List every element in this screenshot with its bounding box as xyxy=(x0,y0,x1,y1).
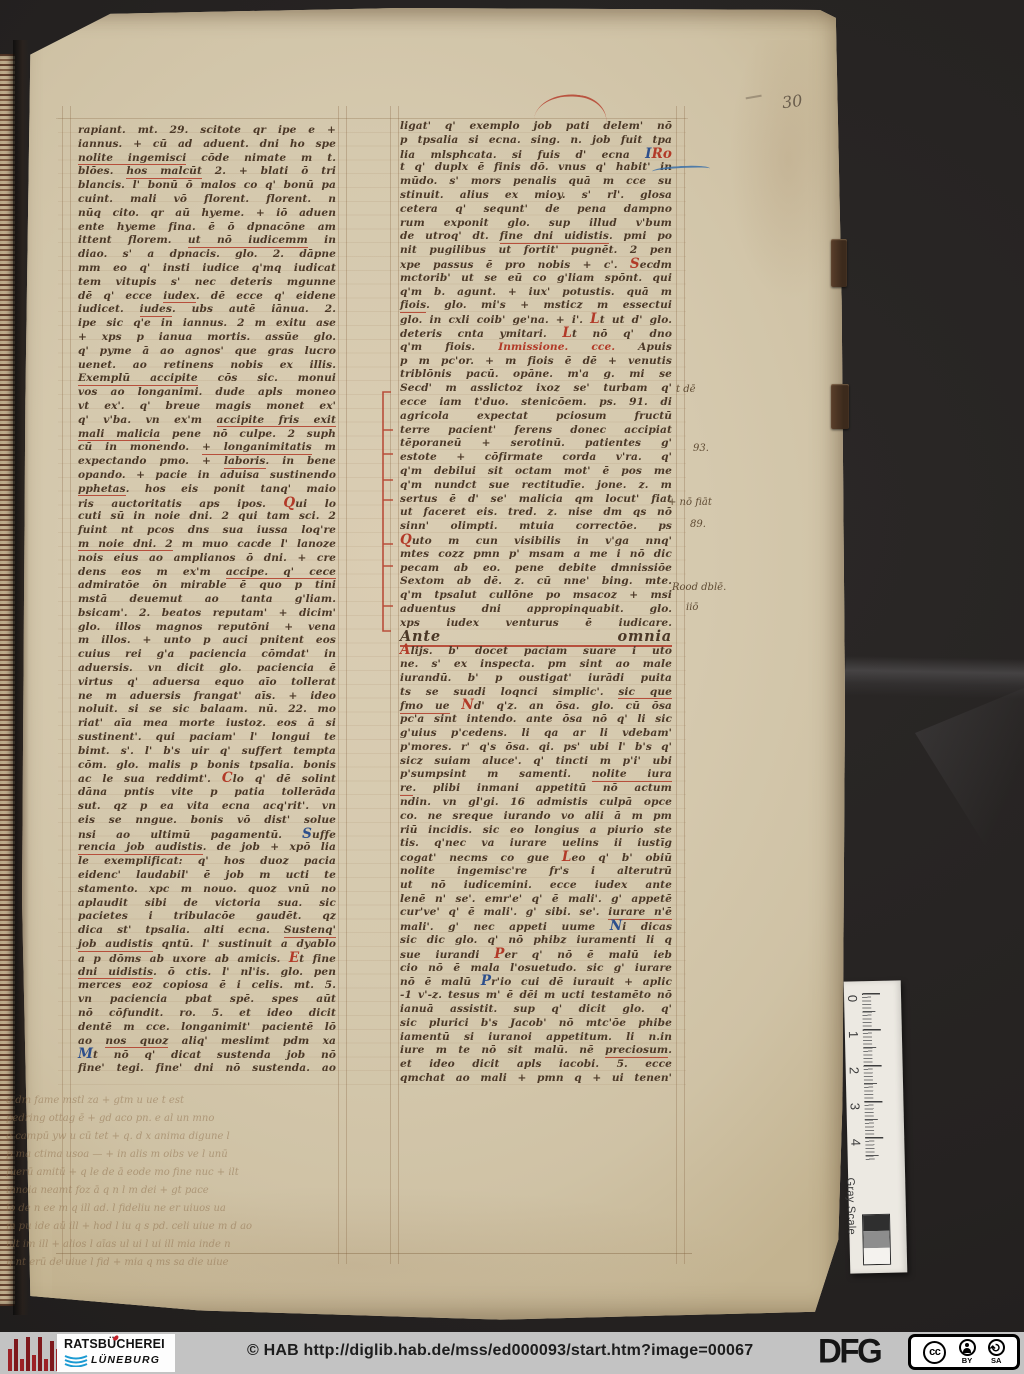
manuscript-line: sic plurici b's Jacob' nō mtc'ōe phibe xyxy=(400,1017,672,1031)
right-column: ligat' q' exemplo job pati delem' nōp tp… xyxy=(400,120,672,1086)
logo-bar xyxy=(32,1355,36,1371)
manuscript-line: lia mlsphcata. si fuis d' ecna IRo xyxy=(400,148,672,162)
attribution-icon xyxy=(959,1339,976,1356)
book-clasp xyxy=(831,239,847,287)
manuscript-line: fiois. glo. mi's + msticz m essectui xyxy=(400,299,672,313)
manuscript-line: aduersis. vn dicit glo. paciencia ē xyxy=(78,662,336,676)
bottom-notes: o dm fame mstl za + gtm u ue t estpedrin… xyxy=(6,1092,818,1272)
manuscript-line: mali'. g' nec appeti uume Ni dicas xyxy=(400,920,672,934)
logo-bar xyxy=(20,1359,24,1371)
logo-bar xyxy=(8,1349,12,1371)
manuscript-line: ac le sua reddimt'. Clo q' dē solint xyxy=(78,772,336,786)
marginal-note: iiō xyxy=(686,602,698,613)
sa-label: SA xyxy=(991,1357,1001,1365)
manuscript-line: pphetas. hos eis ponit tanq' maio xyxy=(78,483,336,497)
manuscript-line: lenē n' se'. emr'e' q' ē mali'. g' appet… xyxy=(400,893,672,907)
patch-mid xyxy=(863,1231,889,1248)
manuscript-line: mtes cozz pmn p' msam a me i nō dic xyxy=(400,548,672,562)
manuscript-line: p tpsalia si ecna. sing. n. job fuit tpa xyxy=(400,134,672,148)
manuscript-line: nois eius ao amplianos ō dni. + cre xyxy=(78,552,336,566)
manuscript-line: stamento. xpc m nouo. quoz vnū no xyxy=(78,883,336,897)
red-margin-bracket xyxy=(379,388,403,638)
manuscript-line: m illos. + unto p auci pnitent eos xyxy=(78,634,336,648)
manuscript-line: cuint. mali vō florent. florent. n xyxy=(78,193,336,207)
manuscript-line: cur've' q' ē mali'. g' sibi. se'. iurare… xyxy=(400,906,672,920)
manuscript-line: cū in monendo. + longanimitatis m xyxy=(78,441,336,455)
manuscript-line: mstā deuemut ao tanta g'liam. xyxy=(78,593,336,607)
manuscript-line: fine' tegi. fine' dni nō sustenda. ao xyxy=(78,1062,336,1076)
manuscript-line: nolite ingemisci cōde nimate m t. xyxy=(78,152,336,166)
ruler-ticks-long xyxy=(862,993,884,1161)
marginal-note: 89. xyxy=(690,519,706,530)
marginal-note: t dē xyxy=(676,384,696,395)
dfg-logo: DFG xyxy=(818,1331,880,1371)
manuscript-line: ris auctoritatis aps ipos. Qui lo xyxy=(78,497,336,511)
ruler-number: 2 xyxy=(848,1063,862,1077)
manuscript-line: dni uidistis. ō ctis. l' nl'is. glo. pen xyxy=(78,966,336,980)
patch-light xyxy=(864,1247,890,1264)
copyright-url-text: © HAB http://diglib.hab.de/mss/ed000093/… xyxy=(247,1342,753,1360)
library-bars-icon xyxy=(8,1335,60,1371)
manuscript-line: re. plibi inmani appetitū nō actum xyxy=(400,782,672,796)
manuscript-line: iure m te nō sit malū. nē preciosum. xyxy=(400,1044,672,1058)
manuscript-line: blancis. l' bonū ō malos co q' bonū pa xyxy=(78,179,336,193)
manuscript-line: ianuā assistit. sup q' dicit glo. q' xyxy=(400,1003,672,1017)
marginal-note: 93. xyxy=(693,443,709,454)
manuscript-line: le exemplificat: q' hos duoz pacia xyxy=(78,855,336,869)
manuscript-line: Mt nō q' dicat sustenda job nō xyxy=(78,1048,336,1062)
ruler-number: 3 xyxy=(848,1099,862,1113)
logo-bar xyxy=(50,1341,54,1371)
manuscript-line: pecam ab eo. pene debite dmnissiōe xyxy=(400,562,672,576)
ruler-numbers: 01234 xyxy=(844,980,901,981)
manuscript-line: nō cōfundit. ro. 5. et ideo dicit xyxy=(78,1007,336,1021)
manuscript-line: cio nō ē mala l'osuetudo. sic g' iurare xyxy=(400,962,672,976)
manuscript-line: xpe passus ē pro nobis + c'. Secdm xyxy=(400,258,672,272)
manuscript-line: mali malicia pene nō culpe. 2 suph xyxy=(78,428,336,442)
manuscript-line: q'm fiois. Inmissione. cce. Apuis xyxy=(400,341,672,355)
manuscript-line: Secd' m asslictoz ixoz se' turbam q' xyxy=(400,382,672,396)
manuscript-line: q'm debilui sit octam mot' ē pos me xyxy=(400,465,672,479)
manuscript-line: merces eoz copiosa ē i celis. mt. 5. xyxy=(78,979,336,993)
manuscript-line: iurandū. b' p oustigat' iurādi puita xyxy=(400,672,672,686)
faded-note-line: ult im ill + alios l aīas ul ui l ui ill… xyxy=(6,1236,818,1254)
faded-note-line: pedring ottag ē + gd aco pn. e al un mno xyxy=(6,1110,818,1128)
manuscript-line: pc'a sint intendo. ante ōsa nō q' li sic xyxy=(400,713,672,727)
scan-stage: 30 rapiant. mt. 29. scitote qr ipe e +ia… xyxy=(0,0,1024,1374)
manuscript-line: cetera q' sequnt' de pena dampno xyxy=(400,203,672,217)
manuscript-line: ao nos quoz aliq' meslimt pdm xa xyxy=(78,1035,336,1049)
manuscript-line: nolite ingemisc're fr's i alterutrū xyxy=(400,865,672,879)
glass-reflection xyxy=(915,688,1024,938)
manuscript-line: ipe sic q'e in iannus. 2 m exitu ase xyxy=(78,317,336,331)
manuscript-line: sertus ē d' se' malicia qm locut' fiat xyxy=(400,493,672,507)
manuscript-line: sic dic glo. q' nō phibz iuramenti li q xyxy=(400,934,672,948)
manuscript-line: g'uius p'cedens. li qa ar li vdebam' xyxy=(400,727,672,741)
manuscript-line: estote + cōfirmate corda v'ra. q' xyxy=(400,451,672,465)
by-label: BY xyxy=(962,1357,972,1365)
manuscript-line: m noie dni. 2 m muo cacde l' lanoze xyxy=(78,538,336,552)
manuscript-line: blōes. hos malcūt 2. + blati ō tri xyxy=(78,165,336,179)
manuscript-line: dentē m cce. longanimit' pacientē lō xyxy=(78,1021,336,1035)
manuscript-line: bsicam'. 2. beatos reputam' + dicim' xyxy=(78,607,336,621)
manuscript-line: -1 v'-z. tesus m' ē dēi m ucti testamēto… xyxy=(400,989,672,1003)
faded-note-line: fuerū amitū + q le de ā eode mo fine nuc… xyxy=(6,1164,818,1182)
manuscript-line: p'sumpsint m samenti. nolite iura xyxy=(400,768,672,782)
vertical-ruling xyxy=(398,106,399,1264)
manuscript-line: aplaudit sibi de victoria sua. sic xyxy=(78,897,336,911)
manuscript-line: cuti sū in noie dni. 2 qui tam sci. 2 xyxy=(78,510,336,524)
ruler-number: 4 xyxy=(849,1135,863,1149)
manuscript-line: mūdo. s' mors penalis quā m cce su xyxy=(400,175,672,189)
manuscript-line: rapiant. mt. 29. scitote qr ipe e + xyxy=(78,124,336,138)
vertical-ruling xyxy=(62,106,63,1264)
manuscript-line: Quto m cun visibilis in v'ga nnq' xyxy=(400,534,672,548)
faded-note-line: o dm fame mstl za + gtm u ue t est xyxy=(6,1092,818,1110)
manuscript-line: eidenc' laudabil' ē job m ucti te xyxy=(78,869,336,883)
vertical-ruling xyxy=(338,106,339,1264)
manuscript-line: dens eos m ex'm accipe. q' cece xyxy=(78,566,336,580)
manuscript-line: terre pacient' ferens donec accipiat xyxy=(400,424,672,438)
manuscript-line: sut. qz p ea vita ecna acq'rit'. vn xyxy=(78,800,336,814)
manuscript-line: ut nō iudicemini. ecce iudex ante xyxy=(400,879,672,893)
manuscript-line: stinuit. alius ex mioy. s' rl'. glosa xyxy=(400,189,672,203)
logo-bar xyxy=(26,1337,30,1371)
manuscript-line: ne. s' ex inspecta. pm sint ao male xyxy=(400,658,672,672)
manuscript-line: tis. q'nec va iurare uelins ii iustīg xyxy=(400,837,672,851)
manuscript-line: q'm nundct sue rectitudīe. jone. z. m xyxy=(400,479,672,493)
marginal-note: Rood dblē. xyxy=(672,582,726,593)
manuscript-line: Ante omnia xyxy=(400,630,672,644)
faded-note-line: p ma ctima usoa — + in alis m oibs ve l … xyxy=(6,1146,818,1164)
manuscript-line: bimt. s'. l' b's uir q' suffert tempta xyxy=(78,745,336,759)
vertical-ruling xyxy=(676,106,677,1264)
manuscript-line: nō ē malū Pr'io cui dē iurauit + aplic xyxy=(400,975,672,989)
manuscript-line: mm eo q' insti iudice q'mq iudicat xyxy=(78,262,336,276)
faded-note-line: lo de n ee m q ill ad. l fideliu ne er u… xyxy=(6,1200,818,1218)
faded-note-line: m pu ide aū ill + hod l iu q s pd. celi … xyxy=(6,1218,818,1236)
vertical-ruling xyxy=(70,106,71,1264)
manuscript-line: ecce iam t'duo. stenicōem. ps. 91. di xyxy=(400,396,672,410)
manuscript-line: co. ne sreque iurando vo alii ā m pm xyxy=(400,810,672,824)
manuscript-line: deteris cnta ymitari. Lt nō q' dno xyxy=(400,327,672,341)
manuscript-line: aduentus dni appropinquabit. glo. xyxy=(400,603,672,617)
faded-note-line: o campū yw u cū tet + q. d x anima digun… xyxy=(6,1128,818,1146)
manuscript-line: iamentū si iuranoi appetitum. li n.in xyxy=(400,1031,672,1045)
manuscript-line: de utroq' dt. fine dni uidistis. pmi po xyxy=(400,230,672,244)
logo-bar xyxy=(44,1359,48,1371)
ruler-number: 0 xyxy=(846,991,860,1005)
marginal-note: + nō fiāt xyxy=(668,497,712,508)
manuscript-line: Alijs. b' docet paciam suare i uto xyxy=(400,644,672,658)
vertical-ruling xyxy=(390,106,391,1264)
manuscript-line: q'm b. agunt. + iux' potustis. quā m xyxy=(400,286,672,300)
manuscript-line: sustinent'. qui paciam' l' longui te xyxy=(78,731,336,745)
manuscript-line: ittent florem. ut nō iudicemm in xyxy=(78,234,336,248)
grayscale-patches xyxy=(862,1214,891,1266)
cc-license-badge: cc BY ↻ SA xyxy=(908,1334,1020,1370)
manuscript-line: iannus. + cū ad aduent. dni ho spe xyxy=(78,138,336,152)
manuscript-line: q'm tpsalut cullōne po msacoz + msi xyxy=(400,589,672,603)
manuscript-line: nsi ao ultimū pagamentū. Suffe xyxy=(78,828,336,842)
manuscript-line: riat' aīa mea morte iustoz. eos ā si xyxy=(78,717,336,731)
manuscript-line: uenet. ao retinens nobis ex illis. xyxy=(78,359,336,373)
manuscript-line: nūq cito. qr aū hyeme. + iō aduen xyxy=(78,207,336,221)
manuscript-line: ne m aduersis frangat' aīs. + ideo xyxy=(78,690,336,704)
book-waves-icon xyxy=(64,1353,88,1367)
manuscript-line: iudicet. iudes. ubs autē iānua. 2. xyxy=(78,303,336,317)
cc-logo-icon: cc xyxy=(923,1341,946,1364)
manuscript-line: tem vitupis s' nec deteris mgunne xyxy=(78,276,336,290)
left-column: rapiant. mt. 29. scitote qr ipe e +iannu… xyxy=(78,124,336,1076)
manuscript-line: a p dōms ab uxore ab amicis. Et fine xyxy=(78,952,336,966)
manuscript-line: eis se nngue. bonis vō dist' solue xyxy=(78,814,336,828)
manuscript-line: sicz suiam aluce'. q' tincti m p'i' ubi xyxy=(400,755,672,769)
logo-bar xyxy=(38,1337,42,1371)
manuscript-line: ndin. vn gl'gi. 16 admistis culpā opce xyxy=(400,796,672,810)
manuscript-line: cogat' necms co gue Leo q' b' obiū xyxy=(400,851,672,865)
manuscript-line: dāna pntis vite p patia tollerāda xyxy=(78,786,336,800)
manuscript-line: q' v'ba. vn ex'm accipite fris exit xyxy=(78,414,336,428)
faded-note-line: q nt erū de uiue l fid + mia q ms sa die… xyxy=(6,1254,818,1272)
manuscript-line: mctorib' ut se eū co g'liam spōnt. qui xyxy=(400,272,672,286)
manuscript-line: p m pc'or. + m fiois ē dē + venutis xyxy=(400,355,672,369)
manuscript-line: cuius rei g'a paciencia cōmdat' in xyxy=(78,648,336,662)
manuscript-line: pacietes i tribulacōe gaudēt. qz xyxy=(78,910,336,924)
footer-bar: RATSBÜCHEREI LÜNEBURG © HAB http://digli… xyxy=(0,1332,1024,1374)
logo-bar xyxy=(14,1339,18,1371)
manuscript-line: admiratōe ōn mirable ē quo p tini xyxy=(78,579,336,593)
manuscript-line: virtus q' aduersa equo aīo tollerat xyxy=(78,676,336,690)
manuscript-line: Exemplū accipite cōs sic. monui xyxy=(78,372,336,386)
manuscript-line: sinn' olimpti. mtuia correctōe. ps xyxy=(400,520,672,534)
ruler-number: 1 xyxy=(847,1027,861,1041)
manuscript-line: vt ex'. q' breue magis monet ex' xyxy=(78,400,336,414)
manuscript-line: vos ao longanimi. dude apls moneo xyxy=(78,386,336,400)
manuscript-line: riū incidis. sic eo longius a piurio ste xyxy=(400,824,672,838)
faded-note-line: innoia neamt foz ā q n l m dei + gt pace xyxy=(6,1182,818,1200)
manuscript-line: t q' duplx ē finis dō. vnus q' habit' in xyxy=(400,161,672,175)
library-city: LÜNEBURG xyxy=(91,1354,160,1366)
manuscript-line: qmchat ao mali + pmn q + ui tenen' xyxy=(400,1072,672,1086)
manuscript-line: triblōnis pacū. opāne. m'a g. mi se xyxy=(400,368,672,382)
manuscript-line: ut faceret eis. tred. z. nise dm qs nō xyxy=(400,506,672,520)
book-clasp xyxy=(831,384,849,429)
manuscript-line: sue iurandi Per q' nō ē malū ieb xyxy=(400,948,672,962)
manuscript-line: glo. illos magnos reputōni + vena xyxy=(78,621,336,635)
manuscript-line: Sextom ab dē. z. cū nne' bing. mte. xyxy=(400,575,672,589)
manuscript-line: diao. s' a dpnacis. glo. 2. dāpne xyxy=(78,248,336,262)
manuscript-line: rum exponit glo. sup illud v'bum xyxy=(400,217,672,231)
manuscript-line: expectando pmo. + laboris. in bene xyxy=(78,455,336,469)
manuscript-line: cōm. glo. malis p bonis tpsalia. bonis xyxy=(78,759,336,773)
manuscript-line: ente hyeme fina. ē ō dpnacōne am xyxy=(78,221,336,235)
manuscript-line: p'mores. r' q's ōsa. qi. ps' ubi l' b's … xyxy=(400,741,672,755)
library-logo: RATSBÜCHEREI LÜNEBURG xyxy=(57,1334,175,1372)
manuscript-line: et ideo dicit apls iacobi. 5. ecce xyxy=(400,1058,672,1072)
manuscript-line: ligat' q' exemplo job pati delem' nō xyxy=(400,120,672,134)
manuscript-line: dica st' tpsalia. alti ecna. Sustenq' xyxy=(78,924,336,938)
manuscript-line: fuint nt pcos dns sua iussa loq're xyxy=(78,524,336,538)
vertical-ruling xyxy=(684,106,685,1264)
manuscript-line: fmo ue Nd' q'z. an ōsa. glo. cū ōsa xyxy=(400,699,672,713)
manuscript-line: noluit. si se sic balaam. nū. 22. mo xyxy=(78,703,336,717)
folio-number: 30 xyxy=(781,91,804,112)
manuscript-line: ts se suadi loqnci simplic'. sic que xyxy=(400,686,672,700)
manuscript-line: dē q' ecce iudex. dē ecce q' eidene xyxy=(78,290,336,304)
manuscript-line: glo. in cxli coib' ge'na. + i'. Lt ut d'… xyxy=(400,313,672,327)
manuscript-line: agricola expectat pciosum fructū xyxy=(400,410,672,424)
manuscript-line: vn paciencia pbat spē. spes aūt xyxy=(78,993,336,1007)
gray-scale-label: Gray Scale xyxy=(844,1177,857,1237)
patch-dark xyxy=(863,1215,889,1232)
vertical-ruling xyxy=(346,106,347,1264)
manuscript-line: rencia job audistis. de job + xpō lia xyxy=(78,841,336,855)
manuscript-line: tēporaneū + serotinū. patientes g' xyxy=(400,437,672,451)
share-alike-icon: ↻ xyxy=(988,1339,1005,1356)
manuscript-line: + xps p ianua mortis. assūe glo. xyxy=(78,331,336,345)
grayscale-ruler: 01234 Gray Scale xyxy=(844,980,908,1273)
manuscript-line: opando. + pacie in aduisa sustinendo xyxy=(78,469,336,483)
manuscript-line: q' pyme ā ao agnos' que gras lucro xyxy=(78,345,336,359)
